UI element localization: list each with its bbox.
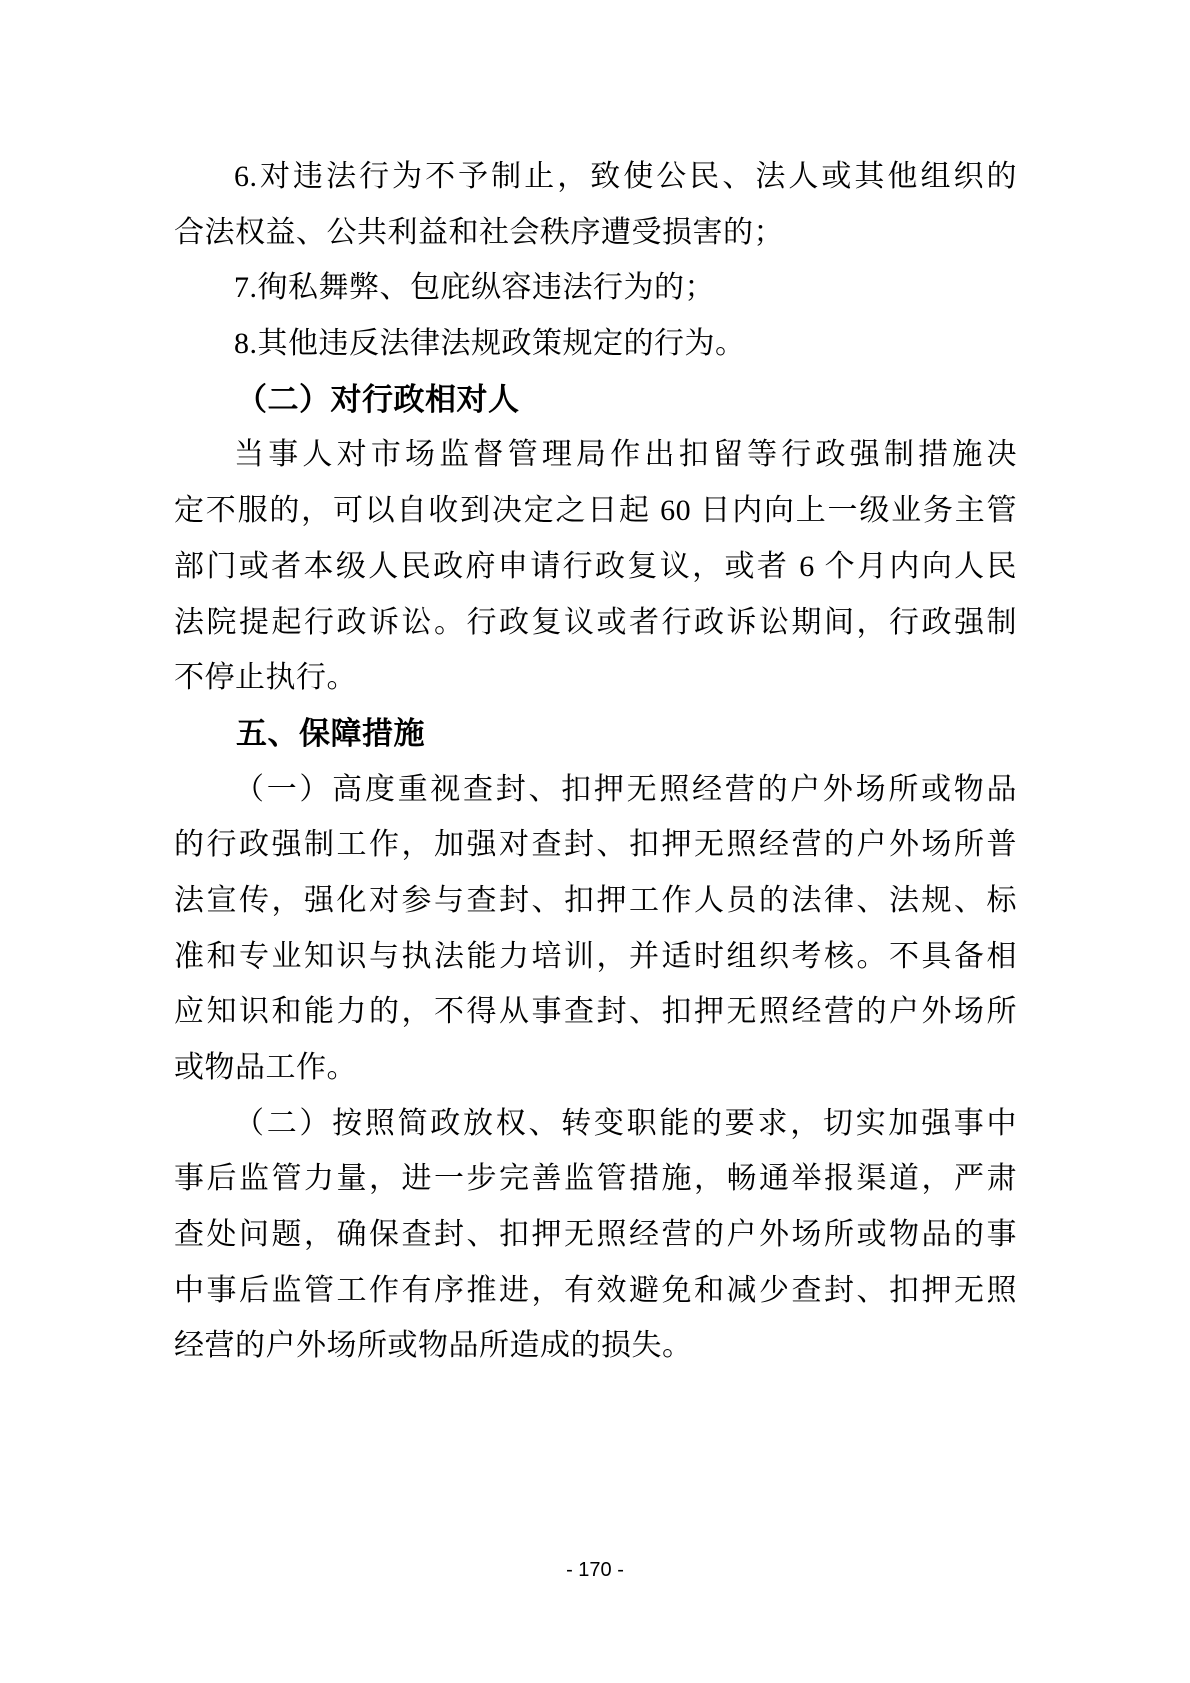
paragraph: （一）高度重视查封、扣押无照经营的户外场所或物品 的行政强制工作，加强对查封、扣… (174, 762, 1017, 1096)
text-line: 不停止执行。 (174, 650, 1017, 706)
text-line: 经营的户外场所或物品所造成的损失。 (174, 1318, 1017, 1374)
paragraph: 7.徇私舞弊、包庇纵容违法行为的； (174, 260, 1017, 316)
document-body: 6.对违法行为不予制止，致使公民、法人或其他组织的 合法权益、公共利益和社会秩序… (174, 149, 1017, 1374)
text-line: 应知识和能力的，不得从事查封、扣押无照经营的户外场所 (174, 984, 1017, 1040)
text-line: 8.其他违反法律法规政策规定的行为。 (174, 316, 1017, 372)
text-line: 7.徇私舞弊、包庇纵容违法行为的； (174, 260, 1017, 316)
paragraph: 8.其他违反法律法规政策规定的行为。 (174, 316, 1017, 372)
text-line: 法宣传，强化对参与查封、扣押工作人员的法律、法规、标 (174, 873, 1017, 929)
text-line: （二）按照简政放权、转变职能的要求，切实加强事中 (174, 1096, 1017, 1152)
text-line: 法院提起行政诉讼。行政复议或者行政诉讼期间，行政强制 (174, 595, 1017, 651)
text-line: 查处问题，确保查封、扣押无照经营的户外场所或物品的事 (174, 1207, 1017, 1263)
text-line: （一）高度重视查封、扣押无照经营的户外场所或物品 (174, 762, 1017, 818)
section-heading: 五、保障措施 (174, 706, 1017, 762)
text-line: 6.对违法行为不予制止，致使公民、法人或其他组织的 (174, 149, 1017, 205)
heading-line: （二）对行政相对人 (174, 372, 1017, 428)
paragraph: 当事人对市场监督管理局作出扣留等行政强制措施决 定不服的，可以自收到决定之日起 … (174, 427, 1017, 705)
text-line: 合法权益、公共利益和社会秩序遭受损害的； (174, 205, 1017, 261)
text-line: 事后监管力量，进一步完善监管措施，畅通举报渠道，严肃 (174, 1151, 1017, 1207)
paragraph: 6.对违法行为不予制止，致使公民、法人或其他组织的 合法权益、公共利益和社会秩序… (174, 149, 1017, 260)
text-line: 当事人对市场监督管理局作出扣留等行政强制措施决 (174, 427, 1017, 483)
text-line: 定不服的，可以自收到决定之日起 60 日内向上一级业务主管 (174, 483, 1017, 539)
heading-line: 五、保障措施 (174, 706, 1017, 762)
text-line: 准和专业知识与执法能力培训，并适时组织考核。不具备相 (174, 929, 1017, 985)
subsection-heading: （二）对行政相对人 (174, 372, 1017, 428)
text-line: 中事后监管工作有序推进，有效避免和减少查封、扣押无照 (174, 1263, 1017, 1319)
text-line: 部门或者本级人民政府申请行政复议，或者 6 个月内向人民 (174, 539, 1017, 595)
paragraph: （二）按照简政放权、转变职能的要求，切实加强事中 事后监管力量，进一步完善监管措… (174, 1096, 1017, 1374)
document-page: 6.对违法行为不予制止，致使公民、法人或其他组织的 合法权益、公共利益和社会秩序… (0, 0, 1190, 1683)
text-line: 的行政强制工作，加强对查封、扣押无照经营的户外场所普 (174, 817, 1017, 873)
text-line: 或物品工作。 (174, 1040, 1017, 1096)
page-number: - 170 - (0, 1558, 1190, 1582)
